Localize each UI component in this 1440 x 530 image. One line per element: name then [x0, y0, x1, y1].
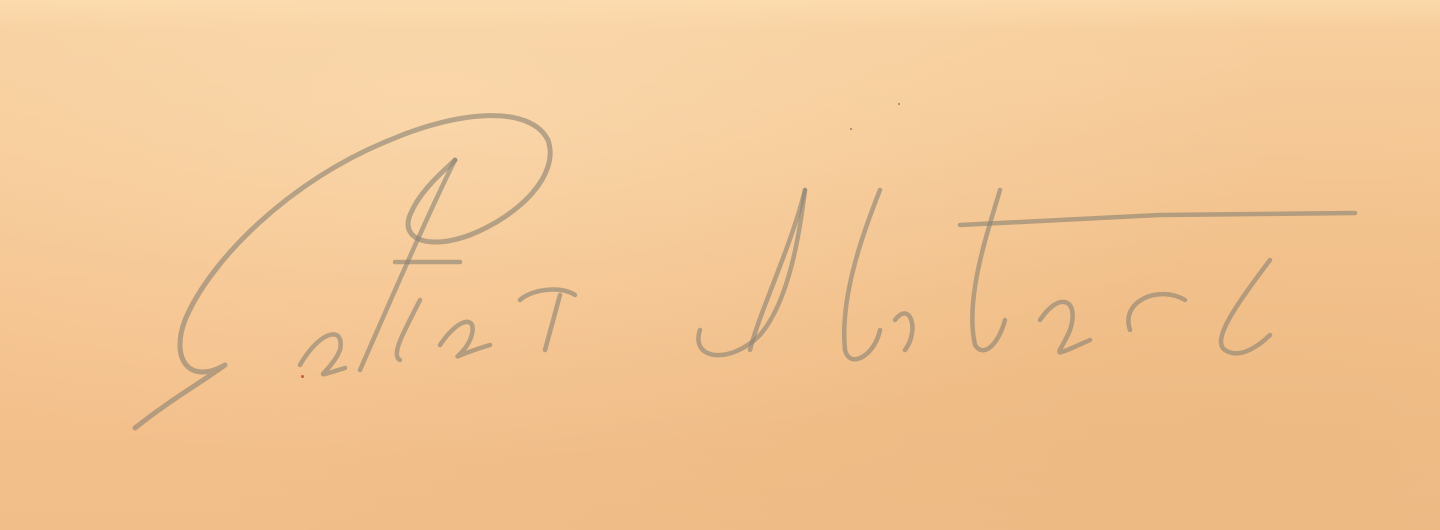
paper-speck: [898, 103, 900, 105]
paper-background: Peter Ilsted: [0, 0, 1440, 530]
paper-speck: [301, 375, 304, 378]
signature: [0, 0, 1440, 530]
paper-speck: [850, 128, 852, 130]
